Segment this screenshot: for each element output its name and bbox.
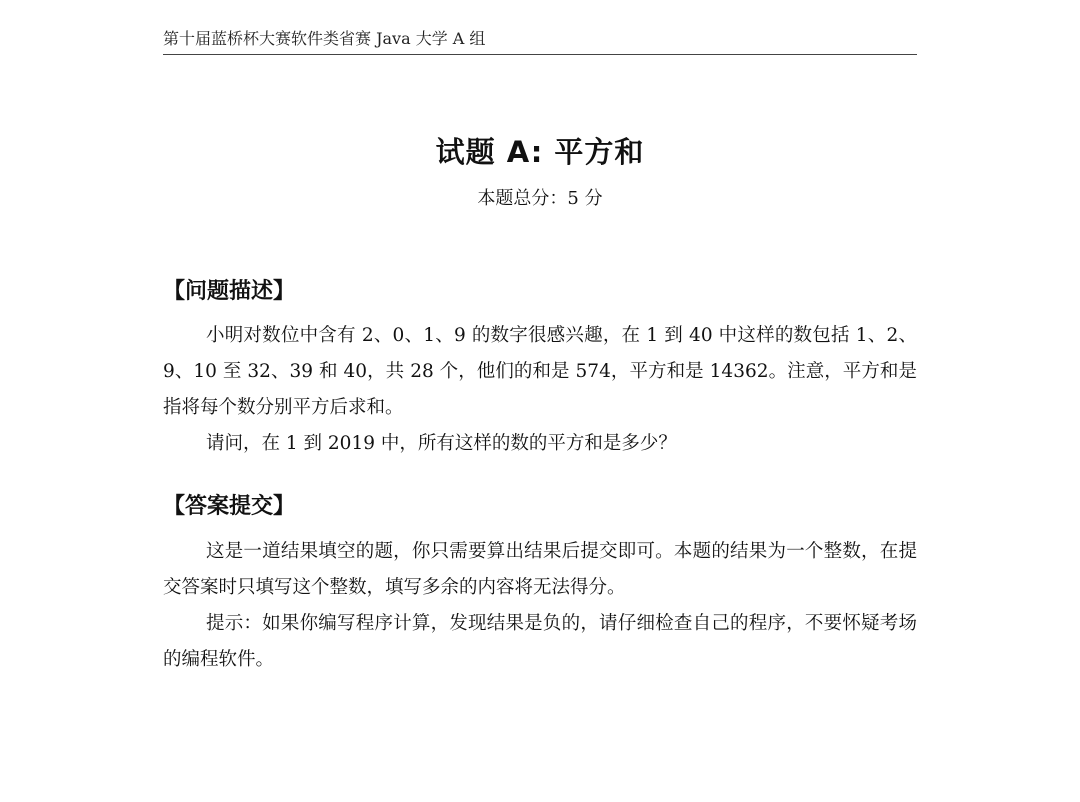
description-paragraph-1: 小明对数位中含有 2、0、1、9 的数字很感兴趣，在 1 到 40 中这样的数包…: [163, 318, 917, 426]
page-header: 第十届蓝桥杯大赛软件类省赛 Java 大学 A 组: [163, 28, 917, 55]
problem-score: 本题总分：5 分: [0, 186, 1080, 212]
submission-paragraph-2: 提示：如果你编写程序计算，发现结果是负的，请仔细检查自己的程序，不要怀疑考场的编…: [163, 606, 917, 678]
section-heading-submission: 【答案提交】: [163, 492, 295, 522]
problem-title: 试题 A: 平方和: [0, 133, 1080, 171]
section-heading-description: 【问题描述】: [163, 277, 295, 307]
description-paragraph-2: 请问，在 1 到 2019 中，所有这样的数的平方和是多少？: [163, 426, 917, 462]
submission-paragraph-1: 这是一道结果填空的题，你只需要算出结果后提交即可。本题的结果为一个整数，在提交答…: [163, 534, 917, 606]
header-text: 第十届蓝桥杯大赛软件类省赛 Java 大学 A 组: [163, 29, 485, 48]
